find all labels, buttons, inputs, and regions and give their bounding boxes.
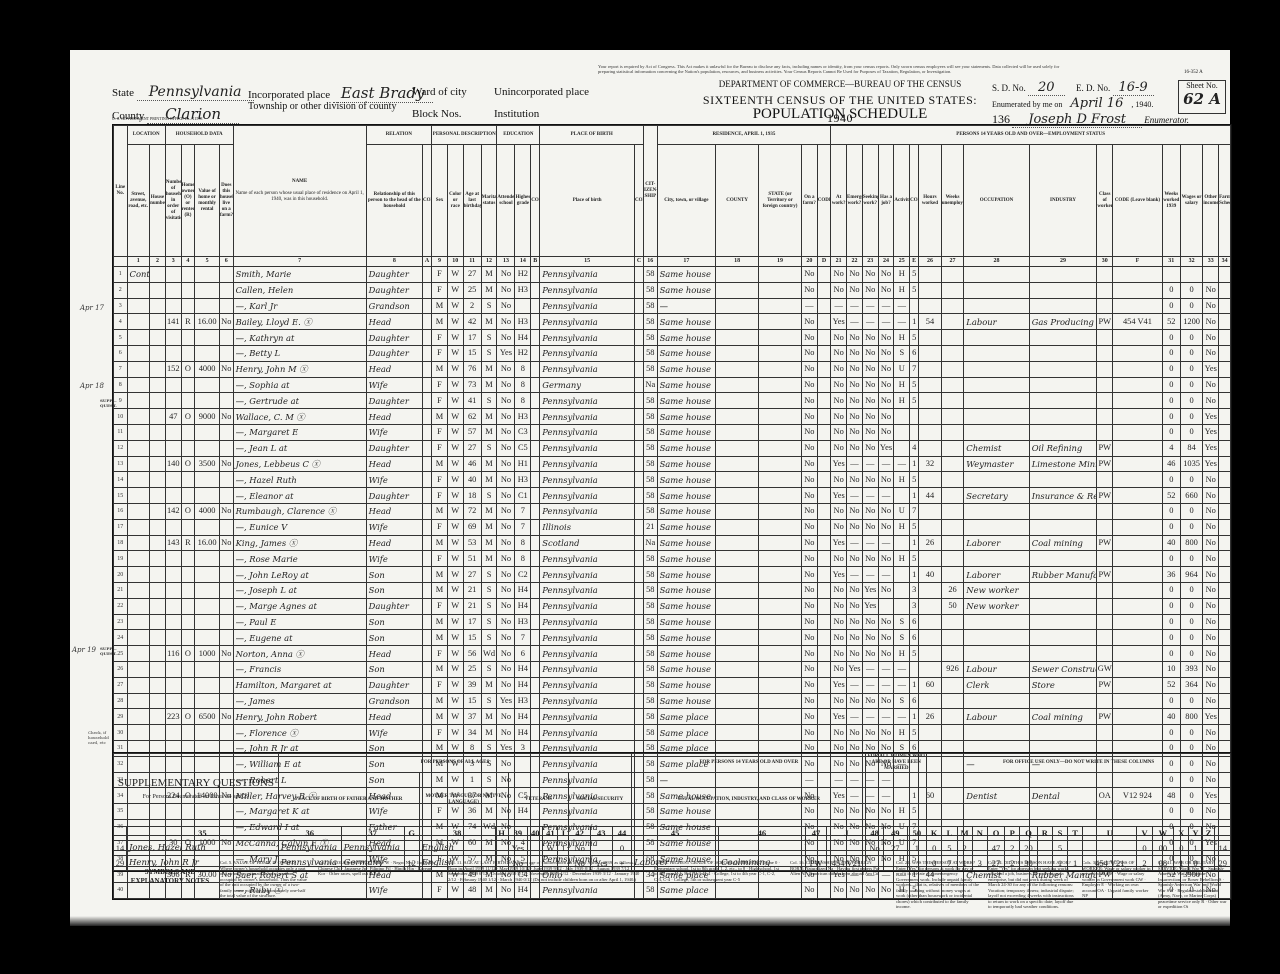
supp-subtitle: For Persons Enumerated on Lines 14 and 2… <box>143 794 249 800</box>
cell-res: Same house <box>657 456 716 472</box>
cell-res: Same house <box>657 598 716 614</box>
cell-occ: Weymaster <box>964 456 1029 472</box>
cell-code <box>1113 725 1163 741</box>
table-row: 1047O9000NoWallace, C. M ⓧHeadMW62MNoH3P… <box>114 409 1231 425</box>
cell-w22: No <box>847 409 863 425</box>
supp-column-number: H <box>495 827 508 841</box>
blank-code-cell <box>759 598 802 614</box>
cell-code <box>1113 330 1163 346</box>
cell-birth: Pennsylvania <box>540 456 635 472</box>
cell-cit: 58 <box>644 409 658 425</box>
blank-code-cell <box>716 345 759 361</box>
cell-occ <box>964 614 1029 630</box>
cell-hrs <box>919 330 942 346</box>
cell-e: 1 <box>910 709 919 725</box>
symbols-heading: SYMBOLS AND EXPLANATORY NOTES <box>130 868 210 886</box>
cell-value <box>195 677 220 693</box>
cell-code <box>1113 535 1163 551</box>
cell-wk39: 0 <box>1162 614 1180 630</box>
blank-code-cell <box>1219 298 1231 314</box>
blank-code-cell <box>423 330 432 346</box>
cell-onfarm: No <box>801 377 817 393</box>
blank-code-cell <box>531 345 540 361</box>
cell-mar: S <box>481 630 497 646</box>
cell-e: 1 <box>910 535 919 551</box>
cell-hrs <box>919 661 942 677</box>
cell-birth: Pennsylvania <box>540 298 635 314</box>
cell-code <box>1113 472 1163 488</box>
cell-name: —, Karl Jr <box>233 298 366 314</box>
line-number: 6 <box>114 345 128 361</box>
cell-cls <box>1097 393 1113 409</box>
cell-street <box>127 551 150 567</box>
cell-w22: No <box>847 630 863 646</box>
supp-cell-m50: 1 <box>907 841 927 856</box>
cell-age: 42 <box>463 314 481 330</box>
cell-code: 454 V41 <box>1113 314 1163 330</box>
blank-code-cell <box>817 709 831 725</box>
note-col24: Col. 24. DID THIS PERSON HAVE A JOB? Ent… <box>988 860 1074 910</box>
supp-cell-m: 2 <box>957 841 972 856</box>
cell-hrs <box>919 424 942 440</box>
cell-wks <box>941 488 964 504</box>
supp-cell-v40 <box>528 841 543 856</box>
cell-age: 69 <box>463 519 481 535</box>
cell-w24: — <box>878 567 894 583</box>
cell-hh: 143 <box>165 535 181 551</box>
blank-code-cell <box>817 314 831 330</box>
cell-birth: Scotland <box>540 535 635 551</box>
blank-code-cell <box>635 693 644 709</box>
cell-own: O <box>181 709 195 725</box>
cell-w21: No <box>831 598 847 614</box>
cell-value <box>195 630 220 646</box>
cell-cls <box>1097 503 1113 519</box>
cell-res: Same house <box>657 551 716 567</box>
cell-wks <box>941 503 964 519</box>
cell-w25: H <box>894 282 910 298</box>
cell-grade: 6 <box>515 646 531 662</box>
cell-w21: Yes <box>831 567 847 583</box>
cell-house <box>150 298 166 314</box>
supp-row: 14Jones, Hazel RuthPennsylvaniaPennsylva… <box>114 841 1231 856</box>
cell-wage: 0 <box>1180 393 1203 409</box>
cell-age: 2 <box>463 298 481 314</box>
cell-oth: No <box>1203 472 1219 488</box>
supp-cell-r <box>1037 841 1052 856</box>
cell-value <box>195 282 220 298</box>
cell-wage: 660 <box>1180 488 1203 504</box>
cell-name: Henry, John M ⓧ <box>233 361 366 377</box>
cell-w25: H <box>894 725 910 741</box>
cell-sch: No <box>497 503 515 519</box>
cell-wk39: 0 <box>1162 519 1180 535</box>
blank-code-cell <box>423 725 432 741</box>
blank-code-cell <box>817 488 831 504</box>
cell-w24: No <box>878 282 894 298</box>
cell-cit: 58 <box>644 314 658 330</box>
cell-onfarm: No <box>801 630 817 646</box>
cell-street <box>127 282 150 298</box>
cell-w23: No <box>862 614 878 630</box>
cell-farm <box>220 472 234 488</box>
cell-hh <box>165 472 181 488</box>
blank-code-cell <box>716 693 759 709</box>
cell-w24: No <box>878 646 894 662</box>
blank-code-cell <box>423 582 432 598</box>
cell-wks <box>941 693 964 709</box>
cell-w21: No <box>831 393 847 409</box>
cell-value <box>195 440 220 456</box>
cell-hh <box>165 693 181 709</box>
supp-column-number: Z <box>1202 827 1215 841</box>
cell-grade: H3 <box>515 472 531 488</box>
group-citizenship: CIT-IZEN-SHIP <box>644 126 658 257</box>
cell-w25 <box>894 567 910 583</box>
cell-hrs <box>919 345 942 361</box>
cell-own <box>181 519 195 535</box>
column-number: 7 <box>233 257 366 267</box>
cell-hrs <box>919 298 942 314</box>
cell-farm <box>220 567 234 583</box>
cell-cls <box>1097 424 1113 440</box>
cell-w25: S <box>894 614 910 630</box>
cell-wage: 0 <box>1180 377 1203 393</box>
cell-age: 37 <box>463 709 481 725</box>
blank-code-cell <box>817 361 831 377</box>
supp-cell-mother: Pennsylvania <box>341 841 404 856</box>
cell-cit: 21 <box>644 519 658 535</box>
blank-code-cell <box>817 582 831 598</box>
cell-w22: — <box>847 677 863 693</box>
cell-farm: No <box>220 456 234 472</box>
cell-w21: Yes <box>831 456 847 472</box>
cell-onfarm: No <box>801 361 817 377</box>
cell-w24: No <box>878 409 894 425</box>
cell-w22: No <box>847 377 863 393</box>
cell-grade: 8 <box>515 551 531 567</box>
sd-value: 20 <box>1028 80 1065 96</box>
institution-label: Institution <box>494 108 539 120</box>
line-number: 10 <box>114 409 128 425</box>
cell-wk39: 10 <box>1162 661 1180 677</box>
cell-w23: No <box>862 409 878 425</box>
blank-code-cell <box>635 330 644 346</box>
cell-birth: Pennsylvania <box>540 267 635 283</box>
cell-w21: No <box>831 440 847 456</box>
cell-wage: 364 <box>1180 677 1203 693</box>
cell-name: —, Gertrude at <box>233 393 366 409</box>
supp-cell-p: 2 <box>1005 841 1020 856</box>
cell-onfarm: No <box>801 709 817 725</box>
cell-farm <box>220 519 234 535</box>
cell-hrs: 44 <box>919 488 942 504</box>
cell-birth: Pennsylvania <box>540 551 635 567</box>
cell-occ <box>964 377 1029 393</box>
supp-column-number: P <box>1005 827 1020 841</box>
supp-column-number: R <box>1037 827 1052 841</box>
supp-column-number: 38 <box>419 827 495 841</box>
cell-oth: No <box>1203 330 1219 346</box>
cell-cit: 58 <box>644 725 658 741</box>
blank-code-cell <box>817 456 831 472</box>
col-header: Age at last birthday <box>463 145 481 257</box>
table-row: 24—, Eugene atSonMW15SNo7Pennsylvania58S… <box>114 630 1231 646</box>
blank-code-cell <box>759 567 802 583</box>
cell-name: —, Betty L <box>233 345 366 361</box>
blank-code-cell <box>817 693 831 709</box>
cell-cit: 58 <box>644 330 658 346</box>
cell-grade: H2 <box>515 267 531 283</box>
cell-e: 5 <box>910 519 919 535</box>
cell-wk39: 0 <box>1162 298 1180 314</box>
cell-w25: U <box>894 361 910 377</box>
blank-code-cell <box>1219 725 1231 741</box>
cell-w22: No <box>847 519 863 535</box>
cell-house <box>150 361 166 377</box>
cell-wks <box>941 282 964 298</box>
cell-grade: C5 <box>515 440 531 456</box>
column-number: 27 <box>941 257 964 267</box>
cell-age: 40 <box>463 472 481 488</box>
cell-name: —, Hazel Ruth <box>233 472 366 488</box>
cell-onfarm: No <box>801 393 817 409</box>
blank-code-cell <box>817 677 831 693</box>
cell-race: W <box>447 488 463 504</box>
cell-value: 3500 <box>195 456 220 472</box>
cell-cls: PW <box>1097 709 1113 725</box>
cell-ind <box>1029 614 1097 630</box>
cell-house <box>150 377 166 393</box>
col-header: Emergency work? <box>847 145 863 257</box>
cell-wk39: 4 <box>1162 440 1180 456</box>
blank-code-cell <box>716 582 759 598</box>
col-header: Attended school <box>497 145 515 257</box>
cell-cls <box>1097 298 1113 314</box>
blank-code-cell <box>635 267 644 283</box>
supp-cell-lang: English <box>419 841 495 856</box>
cell-street <box>127 488 150 504</box>
cell-w23: No <box>862 282 878 298</box>
cell-mar: M <box>481 709 497 725</box>
cell-code <box>1113 361 1163 377</box>
cell-w24: — <box>878 314 894 330</box>
mother-tongue-header: MOTHER TONGUE (OR NATIVE LANGUAGE) <box>419 773 508 827</box>
cell-house <box>150 661 166 677</box>
cell-race: W <box>447 409 463 425</box>
cell-code <box>1113 693 1163 709</box>
census-sheet: State Pennsylvania County Clarion U. S. … <box>70 50 1230 920</box>
cell-cit: 58 <box>644 614 658 630</box>
cell-mar: S <box>481 661 497 677</box>
cell-wage: 0 <box>1180 472 1203 488</box>
cell-name: —, Kathryn at <box>233 330 366 346</box>
column-number: 12 <box>481 257 497 267</box>
cell-own <box>181 440 195 456</box>
supp-cell-j <box>827 841 866 856</box>
supp-column-number: 41 <box>543 827 558 841</box>
cell-w21: No <box>831 646 847 662</box>
blank-code-cell <box>1219 503 1231 519</box>
cell-ind: Oil Refining <box>1029 440 1097 456</box>
cell-w21: No <box>831 472 847 488</box>
cell-ind <box>1029 693 1097 709</box>
blank-code-cell <box>423 646 432 662</box>
col-header: INDUSTRY <box>1029 145 1097 257</box>
cell-rel: Head <box>366 709 422 725</box>
cell-w24: No <box>878 345 894 361</box>
cell-sch: No <box>497 725 515 741</box>
table-row: 4141R16.00NoBailey, Lloyd E. ⓧHeadMW42MN… <box>114 314 1231 330</box>
blank-code-cell <box>635 361 644 377</box>
cell-w24: No <box>878 377 894 393</box>
cell-hrs <box>919 598 942 614</box>
cell-value <box>195 582 220 598</box>
cell-occ: Labour <box>964 709 1029 725</box>
household-card-note: Check, if household card, etc <box>88 730 112 745</box>
cell-ind <box>1029 409 1097 425</box>
column-number: 21 <box>831 257 847 267</box>
cell-w25 <box>894 582 910 598</box>
cell-cls <box>1097 725 1113 741</box>
cell-w25 <box>894 409 910 425</box>
blank-code-cell <box>1219 361 1231 377</box>
table-row: 3—, Karl JrGrandsonMW2SNoPennsylvania58—… <box>114 298 1231 314</box>
cell-street <box>127 503 150 519</box>
cell-w23: No <box>862 630 878 646</box>
cell-w24 <box>878 598 894 614</box>
supp-cell-m49: 27 <box>883 841 907 856</box>
col-header: Marital status <box>481 145 497 257</box>
cell-onfarm: No <box>801 282 817 298</box>
blank-code-cell <box>1219 582 1231 598</box>
group-employment: PERSONS 14 YEARS OLD AND OVER—EMPLOYMENT… <box>831 126 1231 145</box>
cell-race: W <box>447 393 463 409</box>
cell-sex: F <box>432 472 448 488</box>
cell-house <box>150 409 166 425</box>
line-number: 17 <box>114 519 128 535</box>
cell-e: 5 <box>910 393 919 409</box>
cell-street <box>127 677 150 693</box>
cell-w24: No <box>878 472 894 488</box>
cell-res: Same house <box>657 646 716 662</box>
cell-w21: No <box>831 661 847 677</box>
cell-sch: No <box>497 472 515 488</box>
cell-w23: No <box>862 345 878 361</box>
cell-wk39: 0 <box>1162 377 1180 393</box>
table-row: 28—, JamesGrandsonMW15SYesH3Pennsylvania… <box>114 693 1231 709</box>
col-header: CODE <box>635 145 644 257</box>
cell-hh <box>165 519 181 535</box>
blank-code-cell <box>635 582 644 598</box>
cell-own: O <box>181 409 195 425</box>
column-number <box>114 257 128 267</box>
cell-farm: No <box>220 646 234 662</box>
cell-wks <box>941 551 964 567</box>
cell-hrs: 26 <box>919 709 942 725</box>
cell-rel: Wife <box>366 377 422 393</box>
cell-grade: H4 <box>515 598 531 614</box>
cell-ind <box>1029 646 1097 662</box>
blank-code-cell <box>759 409 802 425</box>
blank-code-cell <box>531 582 540 598</box>
blank-code-cell <box>759 314 802 330</box>
cell-onfarm: No <box>801 503 817 519</box>
cell-w23: — <box>862 535 878 551</box>
cell-house <box>150 314 166 330</box>
cell-cls <box>1097 693 1113 709</box>
cell-wage: 0 <box>1180 345 1203 361</box>
cell-sch: No <box>497 282 515 298</box>
cell-hrs <box>919 551 942 567</box>
cell-value <box>195 424 220 440</box>
cell-e: 1 <box>910 677 919 693</box>
cell-w22: — <box>847 314 863 330</box>
cell-race: W <box>447 630 463 646</box>
cell-w25: — <box>894 709 910 725</box>
cell-age: 25 <box>463 282 481 298</box>
table-row: 17—, Eunice VWifeFW69MNo7Illinois21Same … <box>114 519 1231 535</box>
cell-sex: F <box>432 282 448 298</box>
cell-w25: H <box>894 519 910 535</box>
blank-code-cell <box>759 298 802 314</box>
blank-code-cell <box>716 267 759 283</box>
cell-ind <box>1029 582 1097 598</box>
cell-res: Same house <box>657 519 716 535</box>
column-number-row: 12345678A91011121314B15C1617181920D21222… <box>114 257 1231 267</box>
cell-race: W <box>447 677 463 693</box>
blank-code-cell <box>817 282 831 298</box>
cell-e: 6 <box>910 630 919 646</box>
cell-e: 1 <box>910 567 919 583</box>
cell-age: 17 <box>463 330 481 346</box>
cell-own <box>181 393 195 409</box>
cell-street <box>127 646 150 662</box>
cell-hrs <box>919 361 942 377</box>
blank-code-cell <box>817 535 831 551</box>
cell-onfarm: No <box>801 693 817 709</box>
supp-column-number: Y <box>1189 827 1202 841</box>
cell-age: 17 <box>463 614 481 630</box>
cell-value <box>195 345 220 361</box>
cell-res: Same house <box>657 567 716 583</box>
cell-mar: S <box>481 693 497 709</box>
cell-hrs <box>919 614 942 630</box>
cell-rel: Son <box>366 630 422 646</box>
blank-code-cell <box>716 314 759 330</box>
cell-code <box>1113 661 1163 677</box>
table-row: 20—, John LeRoy atSonMW27SNoC2Pennsylvan… <box>114 567 1231 583</box>
line-number: 23 <box>114 614 128 630</box>
cell-race: W <box>447 567 463 583</box>
blank-code-cell <box>531 677 540 693</box>
cell-farm <box>220 582 234 598</box>
blank-code-cell <box>817 646 831 662</box>
cell-rel: Daughter <box>366 345 422 361</box>
cell-birth: Pennsylvania <box>540 488 635 504</box>
cell-occ: New worker <box>964 582 1029 598</box>
col-header: Street, avenue, road, etc. <box>127 145 150 257</box>
cell-mar: M <box>481 424 497 440</box>
cell-farm <box>220 282 234 298</box>
cell-sex: F <box>432 488 448 504</box>
cell-w22: No <box>847 551 863 567</box>
cell-sex: F <box>432 646 448 662</box>
cell-cls <box>1097 282 1113 298</box>
blank-code-cell <box>531 693 540 709</box>
cell-cit: 58 <box>644 693 658 709</box>
supp-cell-z <box>1202 841 1215 856</box>
